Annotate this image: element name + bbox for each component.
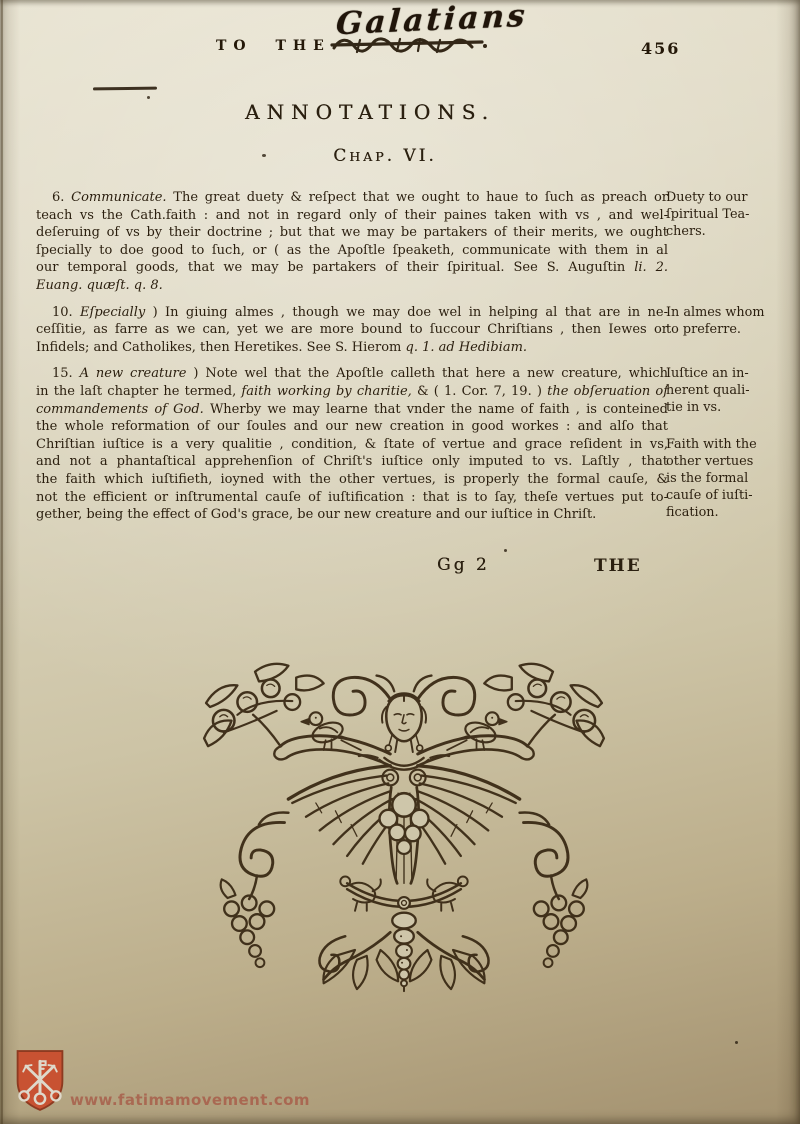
text-line: the whole reformation of our ſoules and …	[36, 418, 668, 436]
text-line: in the laſt chapter he termed, faith wor…	[36, 383, 668, 401]
text-line: gether, being the effect of God's grace,…	[36, 506, 668, 524]
roman-text: and not a phantaſtical apprehenſion of C…	[36, 454, 668, 469]
margin-note-line: Duety to our	[666, 189, 749, 206]
catchword: THE	[594, 556, 642, 576]
roman-text: the whole reformation of our ſoules and …	[36, 419, 668, 434]
margin-note-line: tie in vs.	[666, 399, 750, 416]
roman-text: deſeruing of vs by their doctrine ; but …	[36, 225, 668, 240]
roman-text: the faith which iuſtifieth, ioyned with …	[36, 472, 668, 487]
text-line: 10. Eſpecially ) In giuing almes , thoug…	[36, 304, 668, 322]
roman-text: gether, being the effect of God's grace,…	[36, 507, 596, 522]
ink-speck	[262, 154, 266, 157]
text-line: not the efficient or inſtrumental cauſe …	[36, 489, 668, 507]
italic-text: A new creature	[80, 366, 187, 381]
italic-text: commandements of God.	[36, 402, 204, 417]
text-line: Infidels; and Catholikes, then Heretikes…	[36, 339, 668, 357]
roman-text: ) In giuing almes , though we may doe we…	[145, 305, 668, 320]
italic-text: q. 1. ad Hedibiam.	[406, 340, 528, 355]
scan-edge-shadow	[1, 0, 3, 1124]
text-line: ſpecially to doe good to ſuch, or ( as t…	[36, 242, 668, 260]
annotation-paragraph: 10. Eſpecially ) In giuing almes , thoug…	[36, 304, 668, 357]
margin-note-line: cauſe of iuſti-	[666, 487, 757, 504]
watermark-url-text: www.fatimamovement.com	[70, 1091, 310, 1109]
margin-note-line: other vertues	[666, 453, 757, 470]
margin-note-line: chers.	[666, 223, 749, 240]
roman-text: The great duety & reſpect that we ought …	[167, 190, 668, 205]
text-line: 15. A new creature ) Note wel that the A…	[36, 365, 668, 383]
annotation-paragraphs: 6. Communicate. The great duety & reſpec…	[36, 189, 668, 524]
chapter-numeral: . VI.	[387, 146, 437, 166]
margin-note: In almes whomto preferre.	[666, 304, 764, 338]
margin-note-line: In almes whom	[666, 304, 764, 321]
margin-note-line: ſpiritual Tea-	[666, 206, 749, 223]
ink-speck	[735, 1041, 738, 1044]
italic-text: Eſpecially	[80, 305, 145, 320]
roman-text: in the laſt chapter he termed,	[36, 384, 241, 399]
ink-speck	[147, 96, 150, 99]
text-line: our temporal goods, that we may be parta…	[36, 259, 668, 277]
woodcut-ornament: Woodcut tailpiece: winged grotesque fema…	[198, 656, 610, 997]
ink-speck	[504, 549, 507, 552]
roman-text: our temporal goods, that we may be parta…	[36, 260, 634, 275]
margin-note-line: Iuſtice an in-	[666, 365, 750, 382]
italic-text: faith working by charitie,	[241, 384, 411, 399]
margin-note-line: to preferre.	[666, 321, 764, 338]
text-line: Euang. quæſt. q. 8.	[36, 277, 668, 295]
italic-text: li. 2.	[634, 260, 668, 275]
roman-text: & ( 1. Cor. 7, 19. )	[412, 384, 547, 399]
running-header: TO THE	[216, 38, 331, 54]
struck-out-word	[330, 33, 490, 57]
annotation-paragraph: 15. A new creature ) Note wel that the A…	[36, 365, 668, 523]
roman-text: 15.	[52, 366, 80, 381]
chapter-heading: CHAP. VI.	[300, 146, 470, 166]
margin-note-line: Faith with the	[666, 436, 757, 453]
margin-note: Iuſtice an in-herent quali-tie in vs.	[666, 365, 750, 416]
roman-text: teach vs the Cath.faith : and not in reg…	[36, 208, 668, 223]
text-line: ceſſitie, as farre as we can, yet we are…	[36, 321, 668, 339]
margin-note-line: fication.	[666, 504, 757, 521]
text-line: 6. Communicate. The great duety & reſpec…	[36, 189, 668, 207]
roman-text: not the efficient or inſtrumental cauſe …	[36, 490, 668, 505]
margin-note-line: is the formal	[666, 470, 757, 487]
italic-text: Euang. quæſt. q. 8.	[36, 278, 163, 293]
margin-note: Faith with theother vertuesis the formal…	[666, 436, 757, 521]
stray-ink-mark	[93, 87, 157, 91]
roman-text: ) Note wel that the Apoſtle calleth that…	[187, 366, 669, 381]
scanned-book-page: Galatians TO THE 456 ANNOTATIONS. CHAP. …	[0, 0, 800, 1124]
page-number: 456	[641, 39, 680, 58]
roman-text: 10.	[52, 305, 80, 320]
crossed-keys-shield-logo	[12, 1047, 68, 1113]
chapter-word-smallcaps: HAP	[349, 149, 386, 164]
text-line: and not a phantaſtical apprehenſion of C…	[36, 453, 668, 471]
text-line: commandements of God. Wherby we may lear…	[36, 401, 668, 419]
italic-text: Communicate.	[71, 190, 166, 205]
text-line: Chriſtian iuſtice is a very qualitie , c…	[36, 436, 668, 454]
signature-mark: Gg 2	[437, 555, 490, 575]
margin-note-line: herent quali-	[666, 382, 750, 399]
roman-text: 6.	[52, 190, 71, 205]
chapter-word-initial: C	[333, 146, 349, 166]
margin-note: Duety to ourſpiritual Tea-chers.	[666, 189, 749, 240]
roman-text: ſpecially to doe good to ſuch, or ( as t…	[36, 243, 668, 258]
text-line: teach vs the Cath.faith : and not in reg…	[36, 207, 668, 225]
roman-text: Chriſtian iuſtice is a very qualitie , c…	[36, 437, 668, 452]
roman-text: Wherby we may learne that vnder the name…	[204, 402, 668, 417]
roman-text: Infidels; and Catholikes, then Heretikes…	[36, 340, 406, 355]
section-title: ANNOTATIONS.	[225, 100, 515, 124]
annotation-paragraph: 6. Communicate. The great duety & reſpec…	[36, 189, 668, 295]
roman-text: ceſſitie, as farre as we can, yet we are…	[36, 322, 668, 337]
text-line: deſeruing of vs by their doctrine ; but …	[36, 224, 668, 242]
text-line: the faith which iuſtifieth, ioyned with …	[36, 471, 668, 489]
